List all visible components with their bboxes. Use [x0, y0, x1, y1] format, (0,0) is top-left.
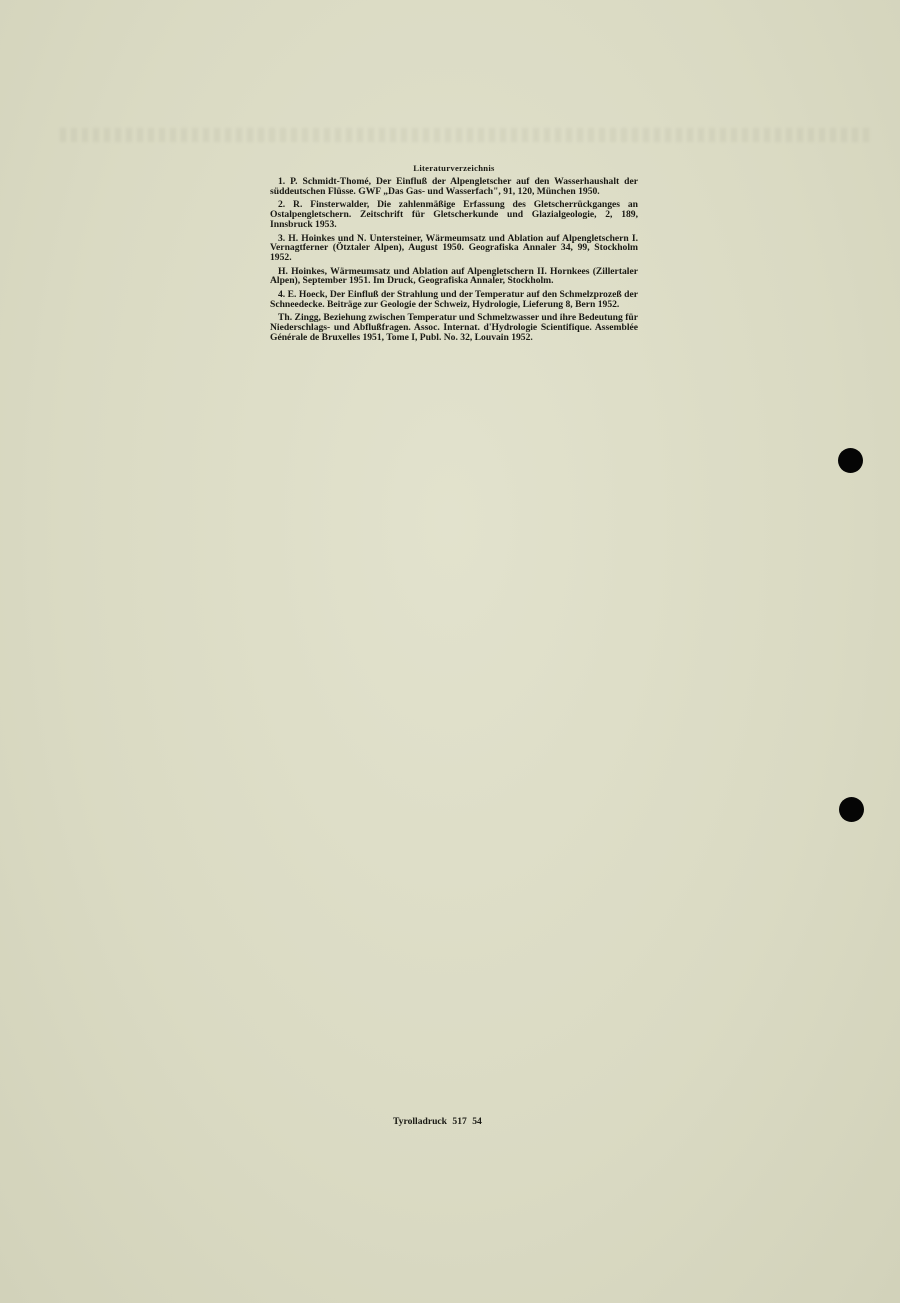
show-through-text [60, 128, 870, 142]
punch-hole [839, 797, 864, 822]
printer-imprint: Tyrolladruck 517 54 [393, 1116, 482, 1127]
reference-list: 1. P. Schmidt-Thomé, Der Einfluß der Alp… [270, 177, 638, 343]
reference-entry: Th. Zingg, Beziehung zwischen Temperatur… [270, 313, 638, 342]
reference-text: Beziehung zwischen Temperatur und Schmel… [270, 312, 638, 342]
punch-hole [838, 448, 863, 473]
reference-entry: 3. H. Hoinkes und N. Untersteiner, Wärme… [270, 234, 638, 263]
bibliography: Literaturverzeichnis 1. P. Schmidt-Thomé… [270, 163, 638, 347]
reference-entry: 2. R. Finsterwalder, Die zahlenmäßige Er… [270, 200, 638, 229]
reference-entry: H. Hoinkes, Wärmeumsatz und Ablation auf… [270, 267, 638, 286]
reference-entry: 4. E. Hoeck, Der Einfluß der Strahlung u… [270, 290, 638, 309]
reference-entry: 1. P. Schmidt-Thomé, Der Einfluß der Alp… [270, 177, 638, 196]
bibliography-heading: Literaturverzeichnis [270, 163, 638, 173]
